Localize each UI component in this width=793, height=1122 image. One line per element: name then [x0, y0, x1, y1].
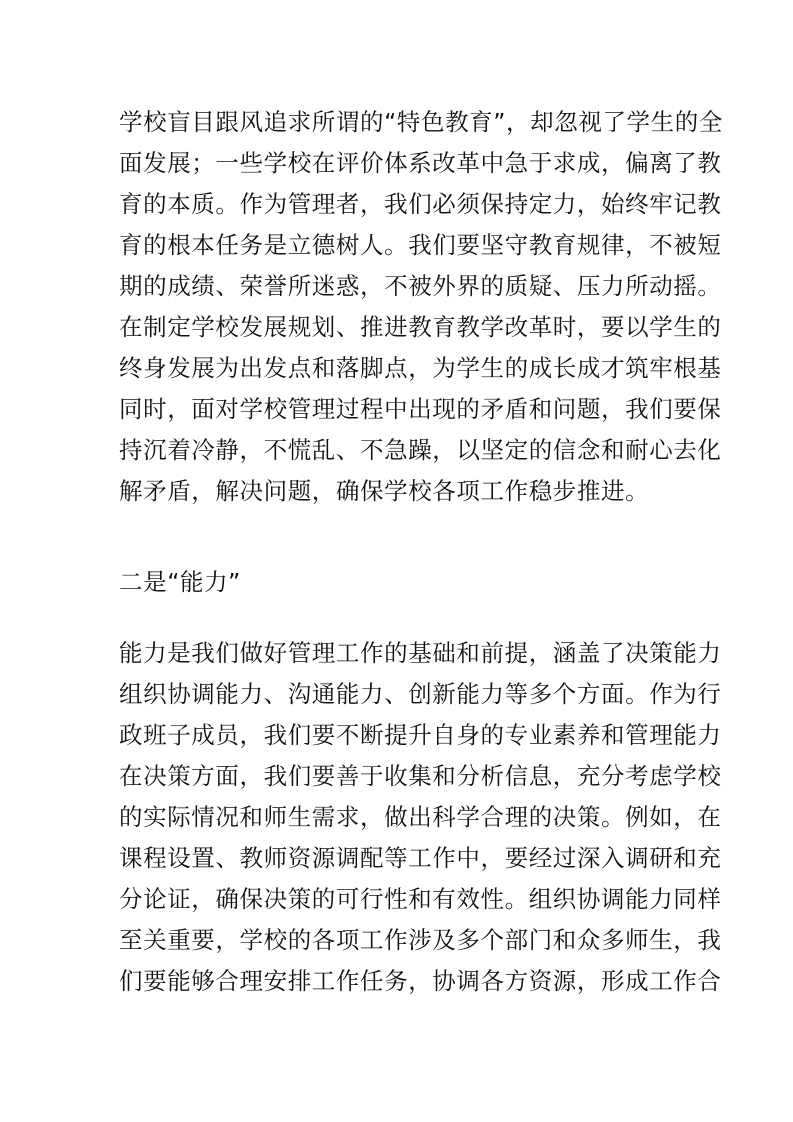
paragraph-line: 们要能够合理安排工作任务，协调各方资源，形成工作合	[119, 966, 679, 996]
paragraph-line: 分论证，确保决策的可行性和有效性。组织协调能力同样	[119, 884, 679, 914]
paragraph-line: 在制定学校发展规划、推进教育教学改革时，要以学生的	[119, 312, 679, 342]
paragraph-line: 育的根本任务是立德树人。我们要坚守教育规律，不被短	[119, 230, 679, 260]
paragraph-line: 能力是我们做好管理工作的基础和前提，涵盖了决策能力	[119, 638, 679, 668]
paragraph-line: 面发展；一些学校在评价体系改革中急于求成，偏离了教	[119, 148, 679, 178]
paragraph-line: 的实际情况和师生需求，做出科学合理的决策。例如，在	[119, 802, 679, 832]
section-heading: 二是“能力”	[119, 567, 679, 597]
paragraph-line: 政班子成员，我们要不断提升自身的专业素养和管理能力	[119, 720, 679, 750]
paragraph-line: 终身发展为出发点和落脚点，为学生的成长成才筑牢根基	[119, 353, 679, 383]
paragraph-line: 同时，面对学校管理过程中出现的矛盾和问题，我们要保	[119, 394, 679, 424]
paragraph-line: 在决策方面，我们要善于收集和分析信息，充分考虑学校	[119, 761, 679, 791]
paragraph-line: 学校盲目跟风追求所谓的“特色教育”，却忽视了学生的全	[119, 107, 679, 137]
paragraph-line: 期的成绩、荣誉所迷惑，不被外界的质疑、压力所动摇。	[119, 271, 679, 301]
paragraph-line: 解矛盾，解决问题，确保学校各项工作稳步推进。	[119, 476, 679, 506]
paragraph-line: 组织协调能力、沟通能力、创新能力等多个方面。作为行	[119, 679, 679, 709]
document-page: 学校盲目跟风追求所谓的“特色教育”，却忽视了学生的全 面发展；一些学校在评价体系…	[0, 0, 793, 1122]
paragraph-line: 持沉着冷静，不慌乱、不急躁，以坚定的信念和耐心去化	[119, 435, 679, 465]
paragraph-line: 至关重要，学校的各项工作涉及多个部门和众多师生，我	[119, 925, 679, 955]
paragraph-line: 育的本质。作为管理者，我们必须保持定力，始终牢记教	[119, 189, 679, 219]
paragraph-line: 课程设置、教师资源调配等工作中，要经过深入调研和充	[119, 843, 679, 873]
